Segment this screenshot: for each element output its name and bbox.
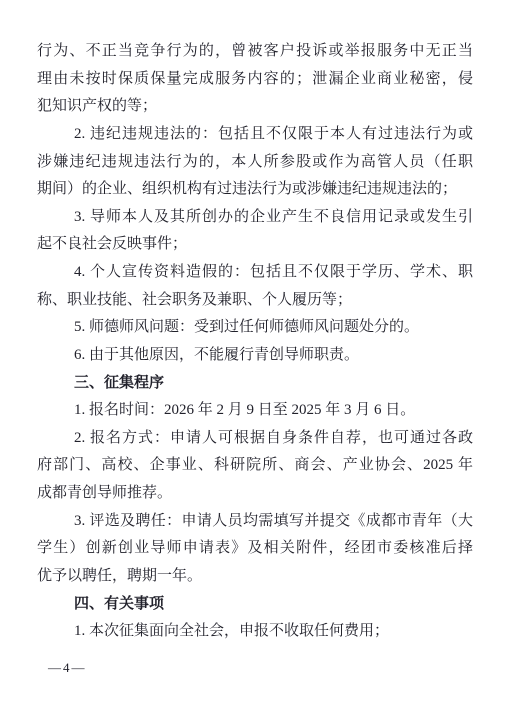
text-line: 6. 由于其他原因，不能履行青创导师职责。 (37, 342, 473, 370)
document-page: 行为、不正当竞争行为的，曾被客户投诉或举报服务中无正当理由未按时保质保量完成服务… (0, 0, 514, 726)
page-number: —4— (48, 659, 87, 677)
text-line: 优予以聘任，聘期一年。 (37, 563, 473, 591)
text-line: 学生）创新创业导师申请表》及相关附件，经团市委核准后择 (37, 535, 473, 563)
text-line: 称、职业技能、社会职务及兼职、个人履历等； (37, 287, 473, 315)
text-line: 犯知识产权的等； (37, 93, 473, 121)
text-line: 涉嫌违纪违规违法行为的，本人所参股或作为高管人员（任职 (37, 149, 473, 177)
text-line: 3. 评选及聘任：申请人员均需填写并提交《成都市青年（大 (37, 508, 473, 536)
text-line: 三、征集程序 (37, 370, 473, 398)
text-line: 3. 导师本人及其所创办的企业产生不良信用记录或发生引 (37, 204, 473, 232)
text-line: 府部门、高校、企事业、科研院所、商会、产业协会、2025 年 (37, 452, 473, 480)
text-line: 四、有关事项 (37, 591, 473, 619)
text-line: 1. 报名时间：2026 年 2 月 9 日至 2025 年 3 月 6 日。 (37, 397, 473, 425)
text-line: 4. 个人宣传资料造假的：包括且不仅限于学历、学术、职 (37, 259, 473, 287)
text-line: 理由未按时保质保量完成服务内容的；泄漏企业商业秘密，侵 (37, 66, 473, 94)
text-line: 2. 违纪违规违法的：包括且不仅限于本人有过违法行为或 (37, 121, 473, 149)
text-line: 5. 师德师风问题：受到过任何师德师风问题处分的。 (37, 314, 473, 342)
text-line: 成都青创导师推荐。 (37, 480, 473, 508)
text-line: 期间）的企业、组织机构有过违法行为或涉嫌违纪违规违法的； (37, 176, 473, 204)
text-line: 2. 报名方式：申请人可根据自身条件自荐，也可通过各政 (37, 425, 473, 453)
text-line: 行为、不正当竞争行为的，曾被客户投诉或举报服务中无正当 (37, 38, 473, 66)
document-body: 行为、不正当竞争行为的，曾被客户投诉或举报服务中无正当理由未按时保质保量完成服务… (37, 38, 473, 646)
text-line: 起不良社会反映事件； (37, 231, 473, 259)
text-line: 1. 本次征集面向全社会，申报不收取任何费用； (37, 618, 473, 646)
